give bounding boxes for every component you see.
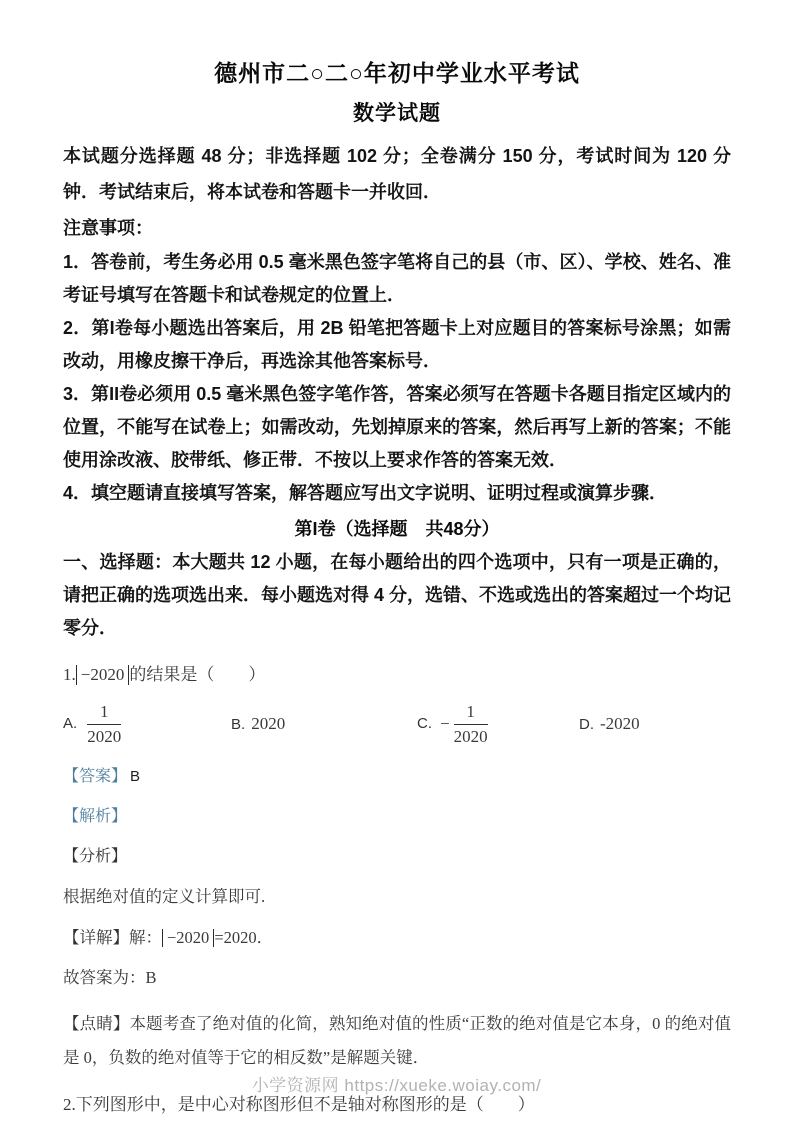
fraction-numerator: 1 bbox=[87, 702, 121, 725]
options-row: A.12020 B.2020 C.−12020 D.-2020 bbox=[63, 697, 731, 751]
option-c-minus-sign: − bbox=[440, 714, 450, 733]
option-d-label: D. bbox=[579, 716, 594, 733]
note-item-3: 3．第II卷必须用 0.5 毫米黑色签字笔作答，答案必须写在答题卡各题目指定区域… bbox=[63, 378, 731, 477]
footer: 小学资源网 https://xueke.woiay.com/ bbox=[0, 1071, 793, 1096]
conclusion-row: 故答案为：B bbox=[63, 966, 731, 990]
remark-paragraph: 【点睛】本题考查了绝对值的化简，熟知绝对值的性质“正数的绝对值是它本身，0 的绝… bbox=[63, 1007, 731, 1075]
question-1: 1.−2020的结果是（ ） bbox=[63, 661, 731, 689]
answer-row: 【答案】B bbox=[63, 765, 731, 789]
question-1-number: 1. bbox=[63, 665, 76, 684]
analysis-heading: 【解析】 bbox=[63, 808, 127, 825]
detail-period: ． bbox=[257, 928, 274, 947]
notes-heading: 注意事项： bbox=[63, 210, 731, 246]
answer-value: B bbox=[130, 768, 140, 785]
option-b-value: 2020 bbox=[251, 714, 285, 733]
choice-instruction: 一、选择题：本大题共 12 小题，在每小题给出的四个选项中，只有一项是正确的，请… bbox=[63, 546, 731, 645]
doc-title: 德州市二○二○年初中学业水平考试 bbox=[63, 58, 731, 88]
answer-label: 【答案】 bbox=[63, 768, 127, 785]
remark-text: 本题考查了绝对值的化简，熟知绝对值的性质“正数的绝对值是它本身，0 的绝对值是 … bbox=[63, 1014, 731, 1067]
detail-absolute-value: −2020 bbox=[162, 929, 214, 948]
option-c-fraction: 12020 bbox=[454, 702, 488, 746]
option-c: C.−12020 bbox=[417, 702, 579, 746]
fenxi-label: 【分析】 bbox=[63, 848, 127, 865]
option-b: B.2020 bbox=[231, 714, 417, 734]
detail-label: 【详解】 bbox=[63, 928, 129, 947]
option-a: A.12020 bbox=[63, 702, 231, 746]
fenxi-label-row: 【分析】 bbox=[63, 845, 731, 869]
fraction-numerator: 1 bbox=[454, 702, 488, 725]
remark-label: 【点睛】 bbox=[63, 1014, 129, 1033]
option-a-fraction: 12020 bbox=[87, 702, 121, 746]
section-title: 第I卷（选择题 共48分） bbox=[63, 512, 731, 546]
fraction-denominator: 2020 bbox=[87, 725, 121, 747]
note-item-2: 2．第I卷每小题选出答案后，用 2B 铅笔把答题卡上对应题目的答案标号涂黑；如需… bbox=[63, 312, 731, 378]
option-b-label: B. bbox=[231, 716, 245, 733]
option-d-value: -2020 bbox=[600, 714, 640, 733]
fraction-denominator: 2020 bbox=[454, 725, 488, 747]
detail-row: 【详解】解：−2020=2020． bbox=[63, 926, 731, 950]
detail-pre: 解： bbox=[129, 928, 162, 947]
option-c-label: C. bbox=[417, 715, 432, 732]
page-content: 德州市二○二○年初中学业水平考试 数学试题 本试题分选择题 48 分；非选择题 … bbox=[0, 0, 793, 1119]
question-1-stem: 的结果是（ ） bbox=[129, 665, 265, 684]
doc-subtitle: 数学试题 bbox=[63, 100, 731, 128]
note-item-4: 4．填空题请直接填写答案，解答题应写出文字说明、证明过程或演算步骤． bbox=[63, 477, 731, 510]
detail-result: =2020 bbox=[214, 928, 256, 947]
absolute-value-expression: −2020 bbox=[76, 665, 130, 685]
footer-text: 小学资源网 https://xueke.woiay.com/ bbox=[252, 1076, 542, 1095]
fenxi-text: 根据绝对值的定义计算即可. bbox=[63, 885, 731, 909]
exam-page: 德州市二○二○年初中学业水平考试 数学试题 本试题分选择题 48 分；非选择题 … bbox=[0, 0, 793, 1122]
intro-paragraph: 本试题分选择题 48 分；非选择题 102 分；全卷满分 150 分，考试时间为… bbox=[63, 138, 731, 210]
option-d: D.-2020 bbox=[579, 714, 731, 734]
analysis-heading-row: 【解析】 bbox=[63, 805, 731, 829]
option-a-label: A. bbox=[63, 715, 77, 732]
note-item-1: 1．答卷前，考生务必用 0.5 毫米黑色签字笔将自己的县（市、区）、学校、姓名、… bbox=[63, 246, 731, 312]
